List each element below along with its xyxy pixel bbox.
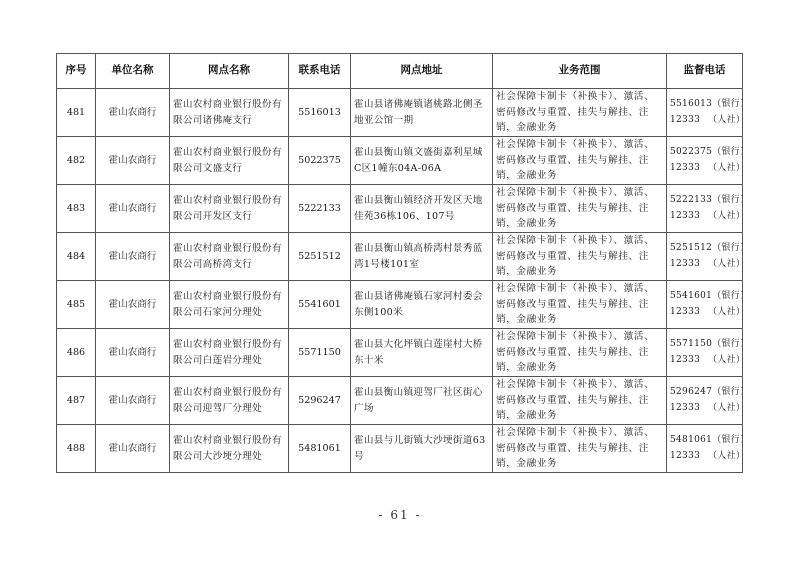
supervision-hr: 12333（人社） (670, 257, 739, 273)
header-supervision: 监督电话 (667, 54, 743, 89)
table-row: 485 霍山农商行 霍山农村商业银行股份有限公司石家河分理处 5541601 霍… (57, 281, 743, 329)
page-number: - 61 - (0, 508, 800, 522)
cell-supervision: 5296247（银行） 12333（人社） (667, 377, 743, 425)
cell-address: 霍山县衡山镇高桥湾村景秀蓝湾1号楼101室 (351, 233, 493, 281)
cell-address: 霍山县诸佛庵镇石家河村委会东侧100米 (351, 281, 493, 329)
cell-supervision: 5022375（银行） 12333（人社） (667, 137, 743, 185)
cell-unit: 霍山农商行 (96, 89, 170, 137)
cell-supervision: 5251512（银行） 12333（人社） (667, 233, 743, 281)
cell-seq: 484 (57, 233, 96, 281)
supervision-bank: 5296247（银行） (670, 385, 739, 401)
supervision-bank: 5251512（银行） (670, 241, 739, 257)
header-seq: 序号 (57, 54, 96, 89)
cell-seq: 485 (57, 281, 96, 329)
supervision-hr: 12333（人社） (670, 401, 739, 417)
cell-unit: 霍山农商行 (96, 137, 170, 185)
cell-outlet: 霍山农村商业银行股份有限公司文盛支行 (170, 137, 289, 185)
cell-scope: 社会保障卡制卡（补换卡）、激活、密码修改与重置、挂失与解挂、注销，金融业务 (493, 89, 667, 137)
supervision-bank: 5571150（银行） (670, 337, 739, 353)
cell-supervision: 5571150（银行） 12333（人社） (667, 329, 743, 377)
cell-address: 霍山县衡山镇文盛街嘉利星城C区1幢东04A-06A (351, 137, 493, 185)
cell-phone: 5481061 (289, 425, 351, 473)
cell-address: 霍山县大化坪镇白莲崖村大桥东十米 (351, 329, 493, 377)
cell-scope: 社会保障卡制卡（补换卡）、激活、密码修改与重置、挂失与解挂、注销，金融业务 (493, 377, 667, 425)
document-page: 序号 单位名称 网点名称 联系电话 网点地址 业务范围 监督电话 481 霍山农… (0, 0, 800, 565)
table-header-row: 序号 单位名称 网点名称 联系电话 网点地址 业务范围 监督电话 (57, 54, 743, 89)
cell-seq: 487 (57, 377, 96, 425)
supervision-hr: 12333（人社） (670, 449, 739, 465)
cell-supervision: 5222133（银行） 12333（人社） (667, 185, 743, 233)
cell-outlet: 霍山农村商业银行股份有限公司白莲岩分理处 (170, 329, 289, 377)
cell-unit: 霍山农商行 (96, 281, 170, 329)
supervision-hr: 12333（人社） (670, 305, 739, 321)
cell-scope: 社会保障卡制卡（补换卡）、激活、密码修改与重置、挂失与解挂、注销，金融业务 (493, 233, 667, 281)
cell-phone: 5222133 (289, 185, 351, 233)
cell-address: 霍山县衡山镇经济开发区天地佳苑36栋106、107号 (351, 185, 493, 233)
table-row: 482 霍山农商行 霍山农村商业银行股份有限公司文盛支行 5022375 霍山县… (57, 137, 743, 185)
cell-phone: 5541601 (289, 281, 351, 329)
table-row: 486 霍山农商行 霍山农村商业银行股份有限公司白莲岩分理处 5571150 霍… (57, 329, 743, 377)
cell-seq: 481 (57, 89, 96, 137)
cell-seq: 488 (57, 425, 96, 473)
supervision-hr: 12333（人社） (670, 161, 739, 177)
table-row: 481 霍山农商行 霍山农村商业银行股份有限公司诸佛庵支行 5516013 霍山… (57, 89, 743, 137)
supervision-bank: 5222133（银行） (670, 193, 739, 209)
cell-supervision: 5541601（银行） 12333（人社） (667, 281, 743, 329)
header-phone: 联系电话 (289, 54, 351, 89)
cell-address: 霍山县与儿街镇大沙埂街道63号 (351, 425, 493, 473)
cell-scope: 社会保障卡制卡（补换卡）、激活、密码修改与重置、挂失与解挂、注销，金融业务 (493, 425, 667, 473)
cell-supervision: 5516013（银行） 12333（人社） (667, 89, 743, 137)
table-row: 488 霍山农商行 霍山农村商业银行股份有限公司大沙埂分理处 5481061 霍… (57, 425, 743, 473)
cell-phone: 5516013 (289, 89, 351, 137)
cell-outlet: 霍山农村商业银行股份有限公司大沙埂分理处 (170, 425, 289, 473)
supervision-bank: 5541601（银行） (670, 289, 739, 305)
header-unit: 单位名称 (96, 54, 170, 89)
cell-phone: 5022375 (289, 137, 351, 185)
cell-outlet: 霍山农村商业银行股份有限公司迎驾厂分理处 (170, 377, 289, 425)
cell-address: 霍山县衡山镇迎驾厂社区街心广场 (351, 377, 493, 425)
cell-seq: 483 (57, 185, 96, 233)
cell-outlet: 霍山农村商业银行股份有限公司开发区支行 (170, 185, 289, 233)
cell-outlet: 霍山农村商业银行股份有限公司石家河分理处 (170, 281, 289, 329)
cell-phone: 5251512 (289, 233, 351, 281)
header-outlet: 网点名称 (170, 54, 289, 89)
supervision-bank: 5022375（银行） (670, 145, 739, 161)
cell-phone: 5571150 (289, 329, 351, 377)
cell-phone: 5296247 (289, 377, 351, 425)
cell-scope: 社会保障卡制卡（补换卡）、激活、密码修改与重置、挂失与解挂、注销，金融业务 (493, 137, 667, 185)
cell-unit: 霍山农商行 (96, 377, 170, 425)
header-scope: 业务范围 (493, 54, 667, 89)
table-row: 484 霍山农商行 霍山农村商业银行股份有限公司高桥湾支行 5251512 霍山… (57, 233, 743, 281)
cell-scope: 社会保障卡制卡（补换卡）、激活、密码修改与重置、挂失与解挂、注销，金融业务 (493, 329, 667, 377)
cell-supervision: 5481061（银行） 12333（人社） (667, 425, 743, 473)
cell-unit: 霍山农商行 (96, 425, 170, 473)
cell-unit: 霍山农商行 (96, 185, 170, 233)
supervision-bank: 5481061（银行） (670, 433, 739, 449)
cell-seq: 482 (57, 137, 96, 185)
table-body: 481 霍山农商行 霍山农村商业银行股份有限公司诸佛庵支行 5516013 霍山… (57, 89, 743, 473)
cell-unit: 霍山农商行 (96, 233, 170, 281)
supervision-hr: 12333（人社） (670, 353, 739, 369)
cell-seq: 486 (57, 329, 96, 377)
header-address: 网点地址 (351, 54, 493, 89)
supervision-bank: 5516013（银行） (670, 97, 739, 113)
outlet-table: 序号 单位名称 网点名称 联系电话 网点地址 业务范围 监督电话 481 霍山农… (56, 53, 743, 473)
cell-outlet: 霍山农村商业银行股份有限公司诸佛庵支行 (170, 89, 289, 137)
cell-scope: 社会保障卡制卡（补换卡）、激活、密码修改与重置、挂失与解挂、注销，金融业务 (493, 185, 667, 233)
supervision-hr: 12333（人社） (670, 113, 739, 129)
supervision-hr: 12333（人社） (670, 209, 739, 225)
cell-unit: 霍山农商行 (96, 329, 170, 377)
cell-outlet: 霍山农村商业银行股份有限公司高桥湾支行 (170, 233, 289, 281)
cell-scope: 社会保障卡制卡（补换卡）、激活、密码修改与重置、挂失与解挂、注销，金融业务 (493, 281, 667, 329)
table-row: 487 霍山农商行 霍山农村商业银行股份有限公司迎驾厂分理处 5296247 霍… (57, 377, 743, 425)
cell-address: 霍山县诸佛庵镇诸桃路北侧圣地亚公馆一期 (351, 89, 493, 137)
table-row: 483 霍山农商行 霍山农村商业银行股份有限公司开发区支行 5222133 霍山… (57, 185, 743, 233)
